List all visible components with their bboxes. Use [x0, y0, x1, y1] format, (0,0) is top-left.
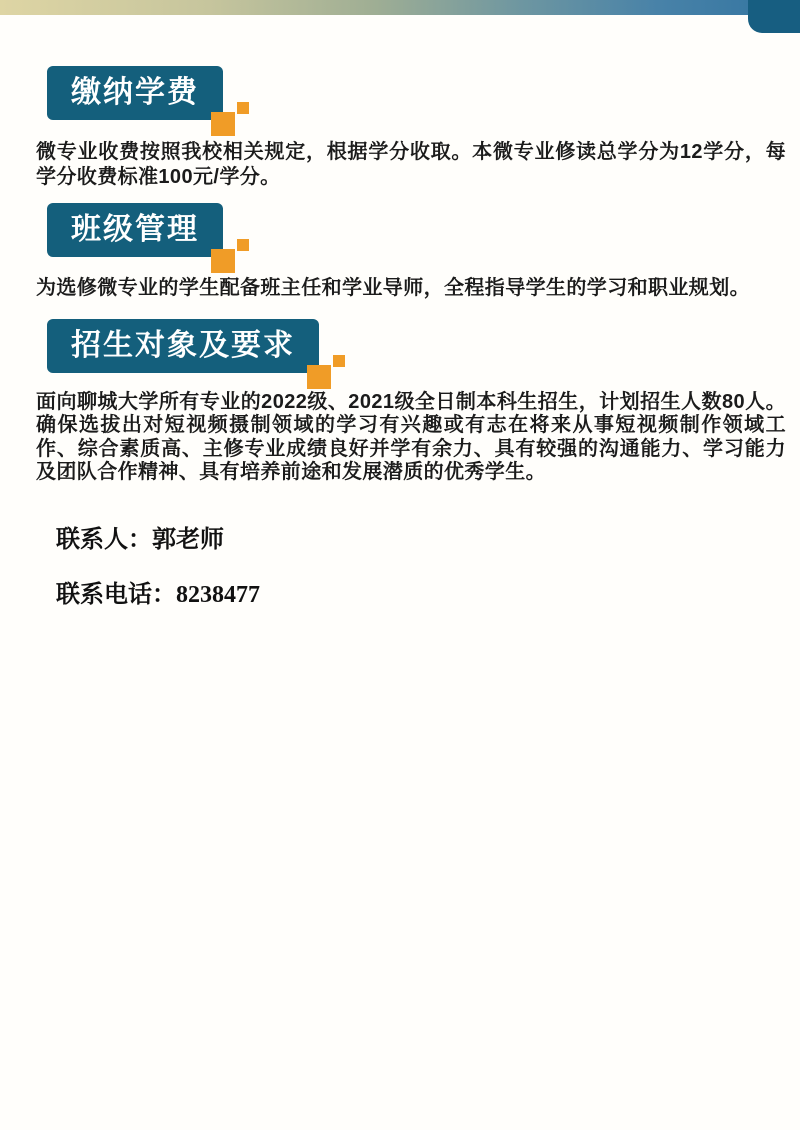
section-body-class-management: 为选修微专业的学生配备班主任和学业导师，全程指导学生的学习和职业规划。	[0, 276, 800, 301]
accent-square-large	[211, 112, 235, 136]
accent-square-small	[237, 239, 249, 251]
contact-person: 联系人：郭老师	[56, 519, 800, 554]
accent-square-large	[211, 249, 235, 273]
accent-square-large	[307, 365, 331, 389]
accent-square-small	[333, 355, 345, 367]
poster-content: 缴纳学费 微专业收费按照我校相关规定，根据学分收取。本微专业修读总学分为12学分…	[0, 15, 800, 629]
section-title-enrollment: 招生对象及要求	[47, 319, 319, 373]
section-title-class-management: 班级管理	[47, 203, 223, 257]
section-header-class-management: 班级管理	[47, 203, 223, 257]
section-title-tuition: 缴纳学费	[47, 66, 223, 120]
section-body-tuition: 微专业收费按照我校相关规定，根据学分收取。本微专业修读总学分为12学分，每学分收…	[0, 140, 800, 189]
contact-block: 联系人：郭老师 联系电话：8238477	[0, 519, 800, 609]
section-body-enrollment: 面向聊城大学所有专业的2022级、2021级全日制本科生招生，计划招生人数80人…	[0, 391, 800, 485]
section-header-tuition: 缴纳学费	[47, 66, 223, 120]
top-gradient-bar	[0, 0, 748, 15]
contact-phone: 联系电话：8238477	[56, 574, 800, 609]
accent-square-small	[237, 102, 249, 114]
poster-page: 缴纳学费 微专业收费按照我校相关规定，根据学分收取。本微专业修读总学分为12学分…	[0, 0, 800, 1130]
section-header-enrollment: 招生对象及要求	[47, 319, 319, 373]
